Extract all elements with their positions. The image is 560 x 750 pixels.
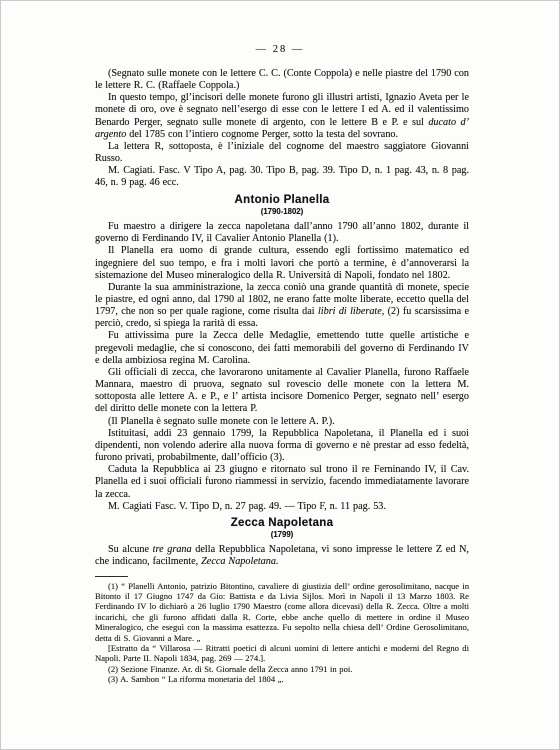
paragraph-amministrazione: Durante la sua amministrazione, la zecca… <box>95 282 469 331</box>
paragraph-repubblica-istituita: Istituitasi, addì 23 gennaio 1799, la Re… <box>95 428 469 464</box>
paragraph-cagiati-ref-2: M. Cagiati Fasc. V. Tipo D, n. 27 pag. 4… <box>95 501 469 513</box>
footnote-2-sezione-finanze: (2) Sezione Finanze. Ar. di St. Giornale… <box>95 664 469 674</box>
paragraph-segnato-ap: (Il Planella è segnato sulle monete con … <box>95 416 469 428</box>
text-segment: del 1785 con l’intiero cognome Perger, s… <box>126 129 398 140</box>
paragraph-fu-maestro: Fu maestro a dirigere la zecca napoletan… <box>95 221 469 245</box>
section-dates-antonio-planella: (1790-1802) <box>95 207 469 217</box>
paragraph-incisori: In questo tempo, gl’incisori delle monet… <box>95 92 469 141</box>
section-dates-zecca-napoletana: (1799) <box>95 530 469 540</box>
scanned-book-page: — 28 — (Segnato sulle monete con le lett… <box>0 0 560 750</box>
footnote-3-sambon: (3) A. Sambon “ La riforma monetaria del… <box>95 674 469 684</box>
page-number: — 28 — <box>1 44 559 55</box>
paragraph-officiali: Gli officiali di zecca, che lavorarono u… <box>95 367 469 416</box>
footnote-1-planelli: (1) “ Planelli Antonio, patrizio Bitonti… <box>95 581 469 643</box>
paragraph-zecca-medaglie: Fu attivissima pure la Zecca delle Medag… <box>95 330 469 366</box>
text-block: (Segnato sulle monete con le lettere C. … <box>95 68 469 685</box>
paragraph-lettera-r: La lettera R, sottoposta, è l’iniziale d… <box>95 141 469 165</box>
paragraph-tre-grana: Su alcune tre grana della Repubblica Nap… <box>95 544 469 568</box>
paragraph-grande-cultura: Il Planella era uomo di grande cultura, … <box>95 245 469 281</box>
italic-term-zecca-napoletana: Zecca Napoletana. <box>201 556 278 567</box>
section-title-antonio-planella: Antonio Planella <box>95 194 469 207</box>
footnote-divider <box>95 576 128 577</box>
italic-term-tre-grana: tre grana <box>153 544 192 555</box>
paragraph-segnato: (Segnato sulle monete con le lettere C. … <box>95 68 469 92</box>
paragraph-caduta-repubblica: Caduta la Repubblica ai 23 giugno e rito… <box>95 464 469 500</box>
paragraph-cagiati-ref-1: M. Cagiati. Fasc. V Tipo A, pag. 30. Tip… <box>95 165 469 189</box>
section-title-zecca-napoletana: Zecca Napoletana <box>95 517 469 530</box>
footnote-1-estratto: [Estratto da “ Villarosa — Ritratti poet… <box>95 643 469 664</box>
text-segment: In questo tempo, gl’incisori delle monet… <box>95 92 469 127</box>
text-segment: Su alcune <box>108 544 153 555</box>
italic-term-libri: libri di liberate, <box>318 306 384 317</box>
